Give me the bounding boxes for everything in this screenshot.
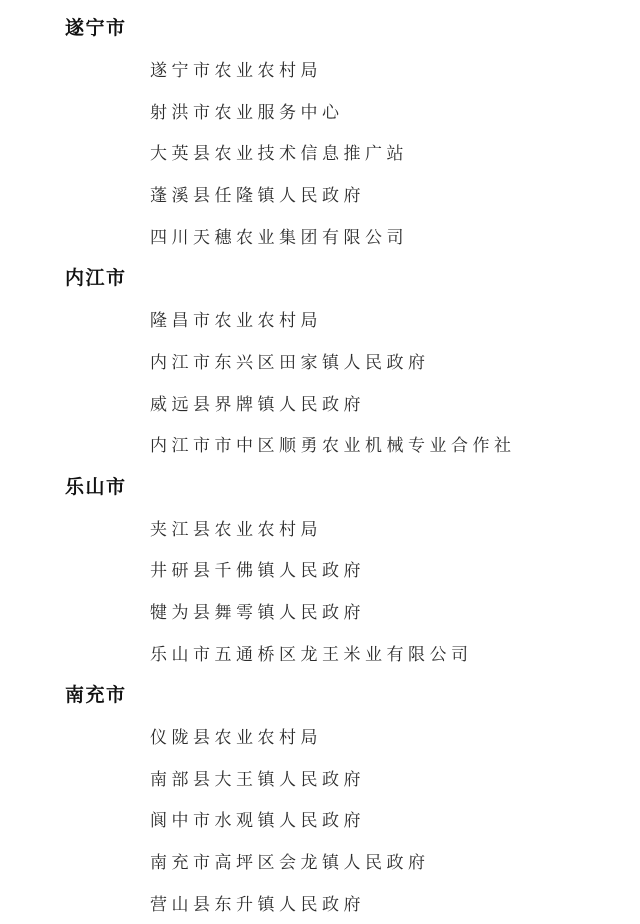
list-item: 威远县界牌镇人民政府	[0, 381, 640, 423]
org-item: 隆昌市农业农村局	[0, 306, 322, 331]
city-section-heading: 乐山市	[0, 465, 640, 507]
city-heading-leshan: 乐山市	[0, 472, 127, 499]
city-heading-nanchong: 南充市	[0, 680, 127, 707]
list-item: 南充市高坪区会龙镇人民政府	[0, 840, 640, 882]
org-item: 井研县千佛镇人民政府	[0, 556, 365, 581]
city-heading-suining: 遂宁市	[0, 13, 127, 40]
org-item: 南充市高坪区会龙镇人民政府	[0, 848, 430, 873]
list-item: 阆中市水观镇人民政府	[0, 798, 640, 840]
org-item: 阆中市水观镇人民政府	[0, 806, 365, 831]
list-item: 内江市市中区顺勇农业机械专业合作社	[0, 423, 640, 465]
org-item: 四川天穗农业集团有限公司	[0, 223, 408, 248]
document-page: 遂宁市 遂宁市农业农村局 射洪市农业服务中心 大英县农业技术信息推广站 蓬溪县任…	[0, 0, 640, 924]
org-item: 遂宁市农业农村局	[0, 56, 322, 81]
city-section-heading: 遂宁市	[0, 6, 640, 48]
list-item: 隆昌市农业农村局	[0, 298, 640, 340]
list-item: 仪陇县农业农村局	[0, 715, 640, 757]
list-item: 遂宁市农业农村局	[0, 48, 640, 90]
list-item: 大英县农业技术信息推广站	[0, 131, 640, 173]
org-item: 射洪市农业服务中心	[0, 98, 344, 123]
list-item: 营山县东升镇人民政府	[0, 881, 640, 923]
list-item: 射洪市农业服务中心	[0, 89, 640, 131]
org-item: 仪陇县农业农村局	[0, 723, 322, 748]
org-item: 蓬溪县任隆镇人民政府	[0, 181, 365, 206]
org-item: 营山县东升镇人民政府	[0, 890, 365, 915]
list-item: 犍为县舞雩镇人民政府	[0, 590, 640, 632]
org-item: 乐山市五通桥区龙王米业有限公司	[0, 640, 473, 665]
org-item: 内江市东兴区田家镇人民政府	[0, 348, 430, 373]
city-section-heading: 内江市	[0, 256, 640, 298]
org-item: 威远县界牌镇人民政府	[0, 390, 365, 415]
org-item: 内江市市中区顺勇农业机械专业合作社	[0, 431, 516, 456]
list-item: 四川天穗农业集团有限公司	[0, 214, 640, 256]
org-item: 南部县大王镇人民政府	[0, 765, 365, 790]
list-item: 南部县大王镇人民政府	[0, 756, 640, 798]
list-item: 夹江县农业农村局	[0, 506, 640, 548]
list-item: 乐山市五通桥区龙王米业有限公司	[0, 631, 640, 673]
city-heading-neijiang: 内江市	[0, 263, 127, 290]
list-item: 内江市东兴区田家镇人民政府	[0, 340, 640, 382]
list-item: 井研县千佛镇人民政府	[0, 548, 640, 590]
org-item: 夹江县农业农村局	[0, 515, 322, 540]
city-section-heading: 南充市	[0, 673, 640, 715]
list-item: 蓬溪县任隆镇人民政府	[0, 173, 640, 215]
org-item: 大英县农业技术信息推广站	[0, 139, 408, 164]
org-item: 犍为县舞雩镇人民政府	[0, 598, 365, 623]
